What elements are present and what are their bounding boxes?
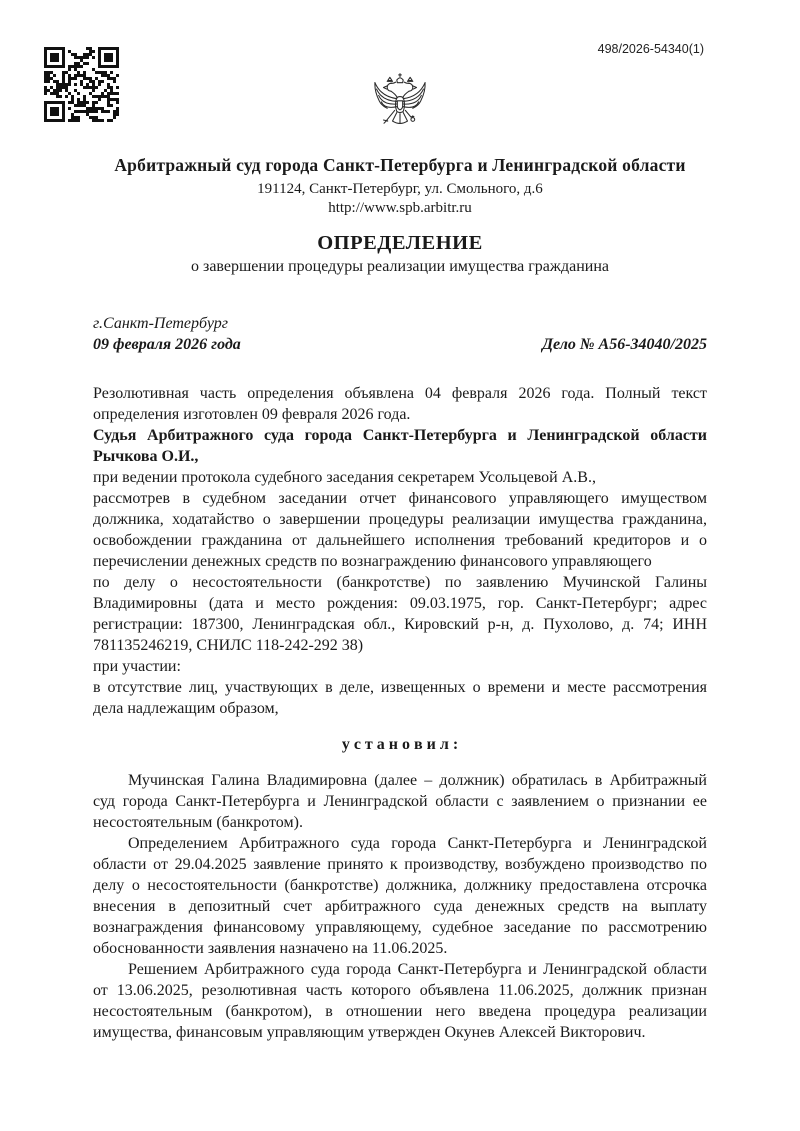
paragraph-absence: в отсутствие лиц, участвующих в деле, из… [93,677,707,719]
russian-coat-of-arms-icon [368,70,432,146]
place-date-row: г.Санкт-Петербург 09 февраля 2026 года Д… [93,313,707,355]
paragraph-judge: Судья Арбитражного суда города Санкт-Пет… [93,425,707,467]
court-address: 191124, Санкт-Петербург, ул. Смольного, … [93,180,707,199]
ustanovil-paragraph-1: Мучинская Галина Владимировна (далее – д… [93,770,707,833]
document-number: 498/2026-54340(1) [598,42,704,56]
document-title: ОПРЕДЕЛЕНИЕ [93,232,707,255]
paragraph-case-subject: по делу о несостоятельности (банкротстве… [93,572,707,656]
court-ruling-page: 498/2026-54340(1) [0,0,800,1131]
paragraph-participation: при участии: [93,656,707,677]
document-subtitle: о завершении процедуры реализации имущес… [93,258,707,276]
paragraph-secretary: при ведении протокола судебного заседани… [93,467,707,488]
case-number: Дело № А56-34040/2025 [542,334,707,355]
paragraph-considered: рассмотрев в судебном заседании отчет фи… [93,488,707,572]
ustanovil-paragraph-2: Определением Арбитражного суда города Са… [93,833,707,959]
court-name: Арбитражный суд города Санкт-Петербурга … [93,155,707,176]
qr-code-icon [44,47,119,122]
hearing-city: г.Санкт-Петербург [93,313,241,334]
document-body: Резолютивная часть определения объявлена… [93,383,707,1043]
ustanovil-heading: у с т а н о в и л : [93,734,707,755]
ruling-date: 09 февраля 2026 года [93,334,241,355]
place-date-left: г.Санкт-Петербург 09 февраля 2026 года [93,313,241,355]
court-website: http://www.spb.arbitr.ru [93,199,707,218]
ustanovil-paragraph-3: Решением Арбитражного суда города Санкт-… [93,959,707,1043]
emblem-container [93,0,707,146]
paragraph-resolutive: Резолютивная часть определения объявлена… [93,383,707,425]
